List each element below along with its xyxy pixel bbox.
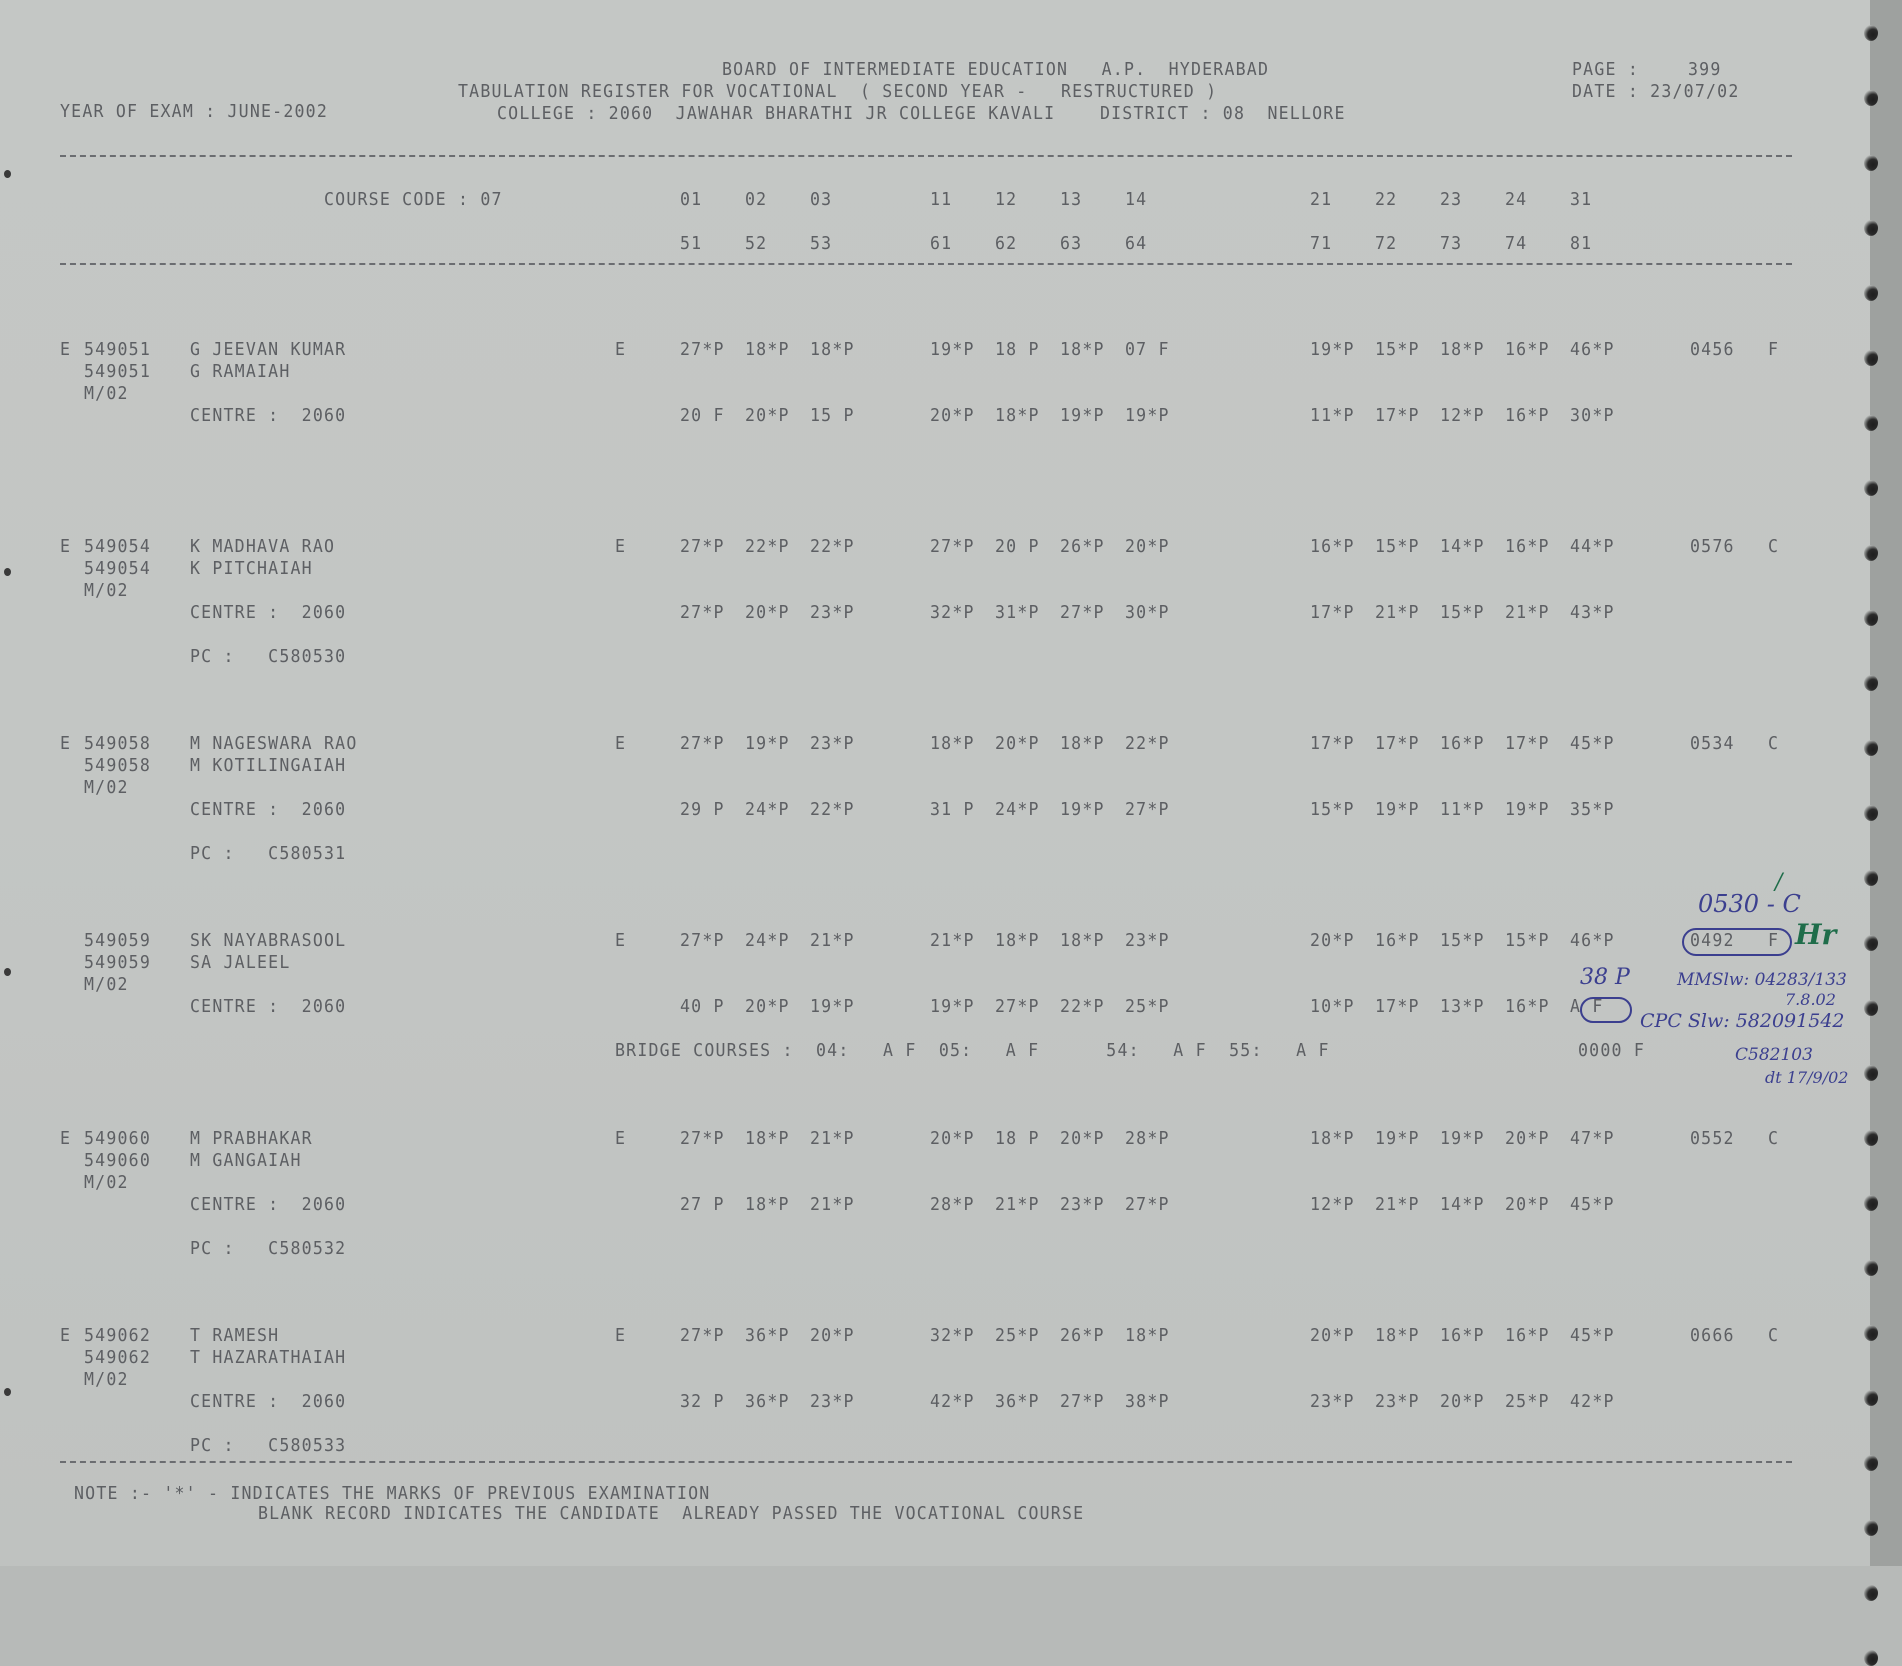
mark-cell: 23*P [810,603,855,623]
mark-cell: 21*P [810,931,855,951]
subject-code: 73 [1440,234,1462,254]
mark-cell: 07 F [1125,340,1170,360]
hall-ticket-number: 549058 [84,734,151,754]
result-code: C [1768,1129,1779,1149]
centre: CENTRE : 2060 [190,997,346,1017]
feed-hole [1864,870,1878,886]
session: M/02 [84,384,129,404]
mark-cell: 18*P [995,406,1040,426]
mark-cell: 23*P [1310,1392,1355,1412]
mark-cell: 20*P [1310,1326,1355,1346]
subject-code: 02 [745,190,767,210]
mark-cell: 27*P [1125,800,1170,820]
feed-hole [1864,285,1878,301]
mark-cell: 36*P [745,1392,790,1412]
registration-number: 549060 [84,1151,151,1171]
mark-cell: 20 F [680,406,725,426]
subject-code: 03 [810,190,832,210]
session: M/02 [84,1173,129,1193]
subject-code: 31 [1570,190,1592,210]
candidate-name: G JEEVAN KUMAR [190,340,346,360]
mark-cell: 45*P [1570,1326,1615,1346]
candidate-name: SK NAYABRASOOL [190,931,346,951]
note-line-2: BLANK RECORD INDICATES THE CANDIDATE ALR… [258,1504,1084,1524]
mark-cell: 20*P [995,734,1040,754]
handwritten-cpc-date: dt 17/9/02 [1765,1068,1848,1087]
mark-cell: 18*P [1310,1129,1355,1149]
mark-cell: 32 P [680,1392,725,1412]
mark-cell: 25*P [1505,1392,1550,1412]
pc-number: PC : C580530 [190,647,346,667]
centre: CENTRE : 2060 [190,800,346,820]
mark-cell: 19*P [1060,800,1105,820]
session: M/02 [84,778,129,798]
mark-cell: 32*P [930,1326,975,1346]
binding-mark [4,1388,11,1396]
feed-hole [1864,1195,1878,1211]
mark-cell: 12*P [1440,406,1485,426]
mark-cell: 17*P [1310,603,1355,623]
mark-cell: 27*P [680,340,725,360]
mark-cell: 18*P [930,734,975,754]
handwritten-cpc-ref: CPC Slw: 582091542 [1640,1010,1845,1032]
binding-mark [4,568,11,576]
mark-cell: 20*P [1440,1392,1485,1412]
mark-cell: 27*P [680,931,725,951]
mark-cell: 27*P [680,1326,725,1346]
result-code: C [1768,537,1779,557]
mark-cell: 15*P [1440,931,1485,951]
mark-cell: 19*P [1125,406,1170,426]
feed-hole [1864,740,1878,756]
mark-cell: 27*P [680,537,725,557]
mark-cell: 15 P [810,406,855,426]
mark-cell: 18 P [995,1129,1040,1149]
subject-code: 81 [1570,234,1592,254]
mark-cell: 23*P [810,734,855,754]
father-name: M GANGAIAH [190,1151,302,1171]
subject-code: 62 [995,234,1017,254]
mark-cell: 16*P [1375,931,1420,951]
feed-hole [1864,480,1878,496]
mark-cell: 24*P [995,800,1040,820]
mark-cell: 43*P [1570,603,1615,623]
feed-hole [1864,610,1878,626]
subject-code: 23 [1440,190,1462,210]
mark-cell: 31*P [995,603,1040,623]
mark-cell: 30*P [1570,406,1615,426]
subject-code: 01 [680,190,702,210]
mark-cell: 23*P [1125,931,1170,951]
candidate-name: M PRABHAKAR [190,1129,313,1149]
mark-cell: 27*P [680,1129,725,1149]
mark-cell: 27*P [680,603,725,623]
total-marks: 0576 [1690,537,1735,557]
centre: CENTRE : 2060 [190,406,346,426]
total-marks: 0456 [1690,340,1735,360]
mark-cell: 22*P [1125,734,1170,754]
subject-code: 52 [745,234,767,254]
candidate-name: K MADHAVA RAO [190,537,335,557]
bridge-courses: BRIDGE COURSES : 04: A F 05: A F 54: A F… [615,1041,1330,1061]
mark-cell: 15*P [1505,931,1550,951]
mark-cell: 16*P [1505,1326,1550,1346]
candidate-name: M NAGESWARA RAO [190,734,357,754]
mark-cell: 20*P [1125,537,1170,557]
medium: E [615,931,626,951]
subject-code: 21 [1310,190,1332,210]
page-number: 399 [1688,60,1722,80]
mark-cell: 27 P [680,1195,725,1215]
pc-number: PC : C580533 [190,1436,346,1456]
feed-hole [1864,1390,1878,1406]
mark-cell: 21*P [1375,1195,1420,1215]
pc-number: PC : C580532 [190,1239,346,1259]
subject-code: 11 [930,190,952,210]
mark-cell: 18*P [1060,340,1105,360]
registration-number: 549054 [84,559,151,579]
subject-code: 22 [1375,190,1397,210]
binding-mark [4,170,11,178]
mark-cell: 35*P [1570,800,1615,820]
mark-cell: 19*P [930,997,975,1017]
mark-cell: 17*P [1375,734,1420,754]
mark-cell: 21*P [995,1195,1040,1215]
feed-hole [1864,1000,1878,1016]
subject-code: 14 [1125,190,1147,210]
exam-prefix: E [60,1326,71,1346]
result-code: F [1768,340,1779,360]
mark-cell: 15*P [1310,800,1355,820]
mark-cell: 27*P [995,997,1040,1017]
father-name: SA JALEEL [190,953,290,973]
subject-code: 64 [1125,234,1147,254]
mark-cell: 27*P [930,537,975,557]
mark-cell: 20*P [1310,931,1355,951]
mark-cell: 18*P [745,1195,790,1215]
mark-cell: 12*P [1310,1195,1355,1215]
mark-cell: 15*P [1375,537,1420,557]
mark-cell: 20*P [810,1326,855,1346]
mark-cell: 27*P [1125,1195,1170,1215]
medium: E [615,1129,626,1149]
mark-cell: 24*P [745,931,790,951]
divider [60,1461,1792,1463]
mark-cell: 28*P [930,1195,975,1215]
mark-cell: 11*P [1310,406,1355,426]
handwritten-corrected-mark: 38 P [1580,965,1630,990]
mark-cell: 46*P [1570,340,1615,360]
exam-prefix: E [60,340,71,360]
mark-cell: 10*P [1310,997,1355,1017]
college-line: COLLEGE : 2060 JAWAHAR BHARATHI JR COLLE… [497,104,1346,124]
mark-cell: 29 P [680,800,725,820]
feed-hole [1864,1065,1878,1081]
feed-hole [1864,935,1878,951]
exam-prefix: E [60,1129,71,1149]
mark-cell: 16*P [1440,1326,1485,1346]
medium: E [615,734,626,754]
mark-cell: 20*P [930,1129,975,1149]
mark-cell: 19*P [1310,340,1355,360]
mark-cell: 47*P [1570,1129,1615,1149]
hall-ticket-number: 549062 [84,1326,151,1346]
father-name: M KOTILINGAIAH [190,756,346,776]
mark-cell: 19*P [1375,1129,1420,1149]
mark-cell: 20*P [1505,1129,1550,1149]
mark-cell: 22*P [810,537,855,557]
mark-cell: 23*P [810,1392,855,1412]
mark-cell: 19*P [1375,800,1420,820]
divider [60,263,1792,265]
father-name: K PITCHAIAH [190,559,313,579]
mark-cell: 16*P [1310,537,1355,557]
subject-code: 74 [1505,234,1527,254]
mark-cell: 21*P [1375,603,1420,623]
father-name: G RAMAIAH [190,362,290,382]
mark-cell: 30*P [1125,603,1170,623]
course-code: COURSE CODE : 07 [324,190,503,210]
mark-cell: 11*P [1440,800,1485,820]
mark-cell: 16*P [1505,997,1550,1017]
mark-cell: 19*P [1060,406,1105,426]
pc-number: PC : C580531 [190,844,346,864]
mark-cell: 32*P [930,603,975,623]
mark-cell: 19*P [810,997,855,1017]
centre: CENTRE : 2060 [190,1195,346,1215]
mark-cell: 26*P [1060,537,1105,557]
mark-cell: 19*P [1440,1129,1485,1149]
mark-cell: 16*P [1440,734,1485,754]
mark-cell: 20*P [745,406,790,426]
mark-cell: 24*P [745,800,790,820]
board-title: BOARD OF INTERMEDIATE EDUCATION A.P. HYD… [722,60,1269,80]
total-marks: 0552 [1690,1129,1735,1149]
subject-code: 51 [680,234,702,254]
year-of-exam: YEAR OF EXAM : JUNE-2002 [60,102,328,122]
registration-number: 549062 [84,1348,151,1368]
mark-cell: 19*P [745,734,790,754]
hall-ticket-number: 549054 [84,537,151,557]
mark-cell: 42*P [930,1392,975,1412]
mark-cell: 19*P [930,340,975,360]
mark-cell: 45*P [1570,1195,1615,1215]
exam-prefix: E [60,537,71,557]
mark-cell: 18*P [1060,931,1105,951]
mark-cell: 22*P [745,537,790,557]
mark-cell: 22*P [1060,997,1105,1017]
mark-cell: 18*P [995,931,1040,951]
mark-cell: 15*P [1440,603,1485,623]
mark-cell: 21*P [930,931,975,951]
mark-cell: 18*P [810,340,855,360]
feed-hole [1864,805,1878,821]
subject-code: 12 [995,190,1017,210]
feed-hole [1864,350,1878,366]
page-label: PAGE : [1572,60,1639,80]
hall-ticket-number: 549059 [84,931,151,951]
mark-cell: 18*P [745,340,790,360]
mark-cell: 17*P [1375,406,1420,426]
hall-ticket-number: 549051 [84,340,151,360]
mark-cell: 20*P [745,603,790,623]
feed-hole [1864,25,1878,41]
mark-cell: 20*P [1505,1195,1550,1215]
mark-cell: 27*P [1060,1392,1105,1412]
mark-cell: 36*P [745,1326,790,1346]
mark-cell: 16*P [1505,340,1550,360]
registration-number: 549059 [84,953,151,973]
mark-cell: 23*P [1060,1195,1105,1215]
feed-hole [1864,1455,1878,1471]
exam-prefix: E [60,734,71,754]
mark-cell: 27*P [680,734,725,754]
date-label: DATE : 23/07/02 [1572,82,1739,102]
mark-cell: 14*P [1440,1195,1485,1215]
mark-cell: 18*P [1125,1326,1170,1346]
session: M/02 [84,1370,129,1390]
total-marks: 0534 [1690,734,1735,754]
handwritten-memo-date: 7.8.02 [1785,990,1836,1009]
mark-cell: 23*P [1375,1392,1420,1412]
mark-cell: 46*P [1570,931,1615,951]
mark-cell: 18 P [995,340,1040,360]
mark-cell: 21*P [1505,603,1550,623]
mark-cell: 25*P [1125,997,1170,1017]
mark-cell: 18*P [1440,340,1485,360]
session: M/02 [84,581,129,601]
mark-cell: 17*P [1310,734,1355,754]
mark-cell: 21*P [810,1129,855,1149]
mark-cell: 16*P [1505,406,1550,426]
centre: CENTRE : 2060 [190,603,346,623]
father-name: T HAZARATHAIAH [190,1348,346,1368]
divider [60,155,1792,157]
mark-cell: 42*P [1570,1392,1615,1412]
subject-code: 13 [1060,190,1082,210]
mark-cell: 40 P [680,997,725,1017]
mark-cell: 26*P [1060,1326,1105,1346]
mark-cell: 20*P [930,406,975,426]
handwritten-revised-result: 0530 - C [1698,890,1801,918]
handwritten-cpc-ref-2: C582103 [1735,1045,1813,1065]
result-code: C [1768,1326,1779,1346]
mark-cell: 20 P [995,537,1040,557]
total-marks: 0666 [1690,1326,1735,1346]
subject-code: 61 [930,234,952,254]
medium: E [615,340,626,360]
registration-number: 549058 [84,756,151,776]
mark-cell: 18*P [745,1129,790,1149]
circled-total [1682,928,1792,956]
subject-code: 53 [810,234,832,254]
feed-hole [1864,545,1878,561]
mark-cell: 20*P [1060,1129,1105,1149]
feed-hole [1864,1325,1878,1341]
feed-hole [1864,220,1878,236]
result-code: C [1768,734,1779,754]
mark-cell: 18*P [1375,1326,1420,1346]
feed-hole [1864,1260,1878,1276]
subject-code: 72 [1375,234,1397,254]
mark-cell: 22*P [810,800,855,820]
mark-cell: 14*P [1440,537,1485,557]
registration-number: 549051 [84,362,151,382]
subject-code: 71 [1310,234,1332,254]
bridge-total: 0000 F [1578,1041,1645,1061]
mark-cell: 18*P [1060,734,1105,754]
binding-mark [4,968,11,976]
mark-cell: 19*P [1505,800,1550,820]
feed-hole [1864,415,1878,431]
feed-hole [1864,1130,1878,1146]
hall-ticket-number: 549060 [84,1129,151,1149]
mark-cell: 38*P [1125,1392,1170,1412]
mark-cell: 25*P [995,1326,1040,1346]
mark-cell: 27*P [1060,603,1105,623]
mark-cell: 45*P [1570,734,1615,754]
green-tick: / [1775,870,1782,895]
mark-cell: 20*P [745,997,790,1017]
medium: E [615,1326,626,1346]
feed-hole [1864,1520,1878,1536]
mark-cell: 21*P [810,1195,855,1215]
note-line-1: NOTE :- '*' - INDICATES THE MARKS OF PRE… [74,1484,710,1504]
subject-code: 24 [1505,190,1527,210]
centre: CENTRE : 2060 [190,1392,346,1412]
mark-cell: 36*P [995,1392,1040,1412]
mark-cell: 31 P [930,800,975,820]
circled-absent [1580,997,1632,1023]
register-title: TABULATION REGISTER FOR VOCATIONAL ( SEC… [458,82,1217,102]
feed-hole [1864,155,1878,171]
mark-cell: 44*P [1570,537,1615,557]
medium: E [615,537,626,557]
mark-cell: 17*P [1505,734,1550,754]
mark-cell: 13*P [1440,997,1485,1017]
mark-cell: 16*P [1505,537,1550,557]
feed-hole [1864,90,1878,106]
mark-cell: 17*P [1375,997,1420,1017]
session: M/02 [84,975,129,995]
candidate-name: T RAMESH [190,1326,279,1346]
handwritten-memo-ref: MMSlw: 04283/133 [1677,970,1847,990]
feed-hole [1864,675,1878,691]
mark-cell: 15*P [1375,340,1420,360]
subject-code: 63 [1060,234,1082,254]
handwritten-initials: Hr [1795,918,1836,951]
mark-cell: 28*P [1125,1129,1170,1149]
